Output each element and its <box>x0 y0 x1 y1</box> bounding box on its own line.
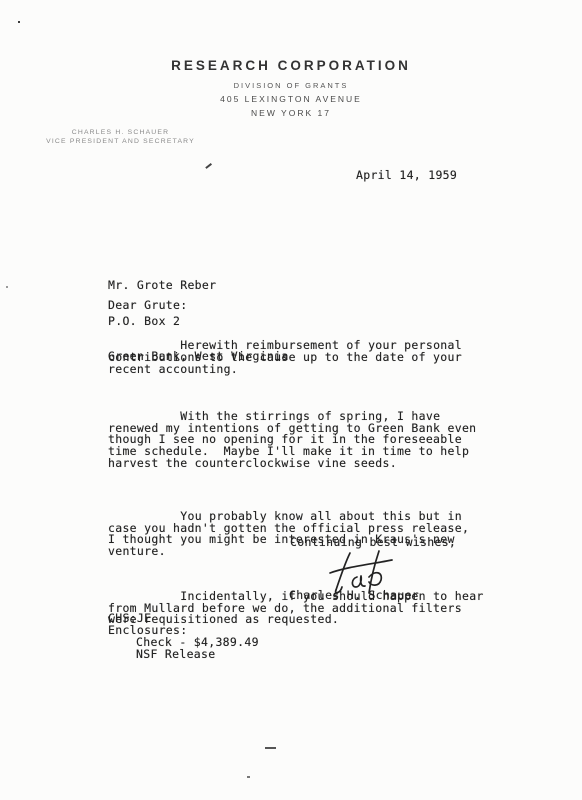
letterhead: RESEARCH CORPORATION DIVISION OF GRANTS … <box>0 58 582 118</box>
company-city: NEW YORK 17 <box>0 108 582 118</box>
company-division: DIVISION OF GRANTS <box>0 81 582 90</box>
scan-artifact <box>18 21 20 23</box>
officer-block: CHARLES H. SCHAUER VICE PRESIDENT AND SE… <box>28 128 213 146</box>
enclosure-item: NSF Release <box>136 649 215 661</box>
closing-line: Continuing best wishes, <box>290 537 456 549</box>
scan-artifact <box>205 163 211 169</box>
scanned-letter-page: RESEARCH CORPORATION DIVISION OF GRANTS … <box>0 0 582 800</box>
officer-title: VICE PRESIDENT AND SECRETARY <box>28 137 213 146</box>
letter-date: April 14, 1959 <box>356 170 457 182</box>
body-paragraph: With the stirrings of spring, I have ren… <box>108 411 488 470</box>
recipient-name: Mr. Grote Reber <box>108 280 289 292</box>
body-paragraph: Herewith reimbursement of your personal … <box>108 340 488 375</box>
company-name: RESEARCH CORPORATION <box>0 58 582 73</box>
scan-artifact <box>265 747 276 749</box>
officer-name: CHARLES H. SCHAUER <box>28 128 213 137</box>
scan-artifact <box>6 286 8 288</box>
scan-artifact <box>247 776 250 778</box>
salutation: Dear Grute: <box>108 300 187 312</box>
company-address: 405 LEXINGTON AVENUE <box>0 94 582 104</box>
signature-typed-name: Charles H. Schauer <box>289 590 419 602</box>
